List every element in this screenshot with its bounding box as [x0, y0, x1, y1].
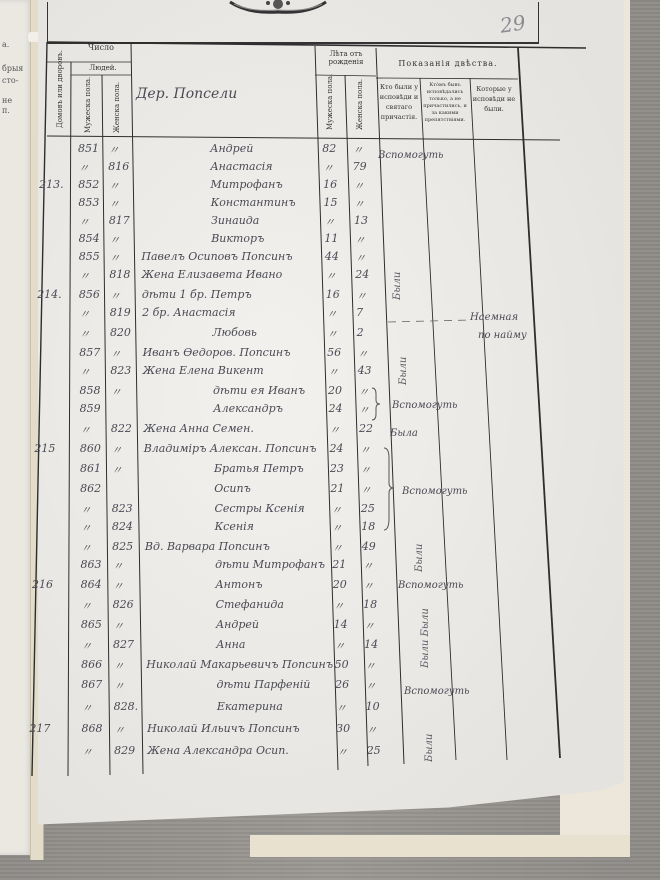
age-male: 30 [336, 722, 350, 735]
male-number: 〃 [82, 744, 93, 760]
age-female: 〃 [352, 142, 363, 158]
person-name: Ксенія [215, 520, 254, 533]
female-number: 〃 [110, 288, 121, 304]
male-number: 〃 [79, 268, 90, 284]
age-female: 〃 [357, 346, 368, 362]
header-confession-col1: Кто были у исповѣди и святаго причастія. [378, 82, 420, 122]
confession-note: Были Были [420, 608, 431, 668]
confession-note: Была [390, 428, 418, 439]
male-number: 〃 [80, 520, 91, 536]
person-name: дѣти ея Иванъ [213, 384, 305, 397]
age-female: 〃 [360, 482, 371, 498]
male-number: 865 [81, 618, 102, 631]
female-number: 〃 [112, 578, 123, 594]
age-male: 21 [330, 482, 344, 495]
age-male: 16 [323, 178, 337, 191]
person-name: Павелъ Осиповъ Попсинъ [141, 250, 292, 263]
person-name: дѣти Парфеній [217, 678, 311, 691]
female-number: 823 [112, 502, 133, 515]
female-number: 〃 [110, 346, 121, 362]
person-name: Любовь [212, 326, 257, 339]
person-name: Зинаида [211, 214, 259, 227]
left-page-fragment: а. [2, 40, 9, 50]
person-name: Николай Макарьевичъ Попсинъ [146, 658, 333, 671]
female-number: 〃 [108, 178, 119, 194]
page-number: 29 [498, 10, 527, 37]
female-number: 827 [113, 638, 134, 651]
header-people-female: Женска пола. [113, 82, 121, 133]
male-number: 863 [81, 558, 102, 571]
age-male: 24 [329, 442, 343, 455]
age-male: 〃 [331, 520, 342, 536]
house-number: 216 [32, 578, 53, 591]
female-number: 816 [108, 160, 129, 173]
female-number: 825 [112, 540, 133, 553]
age-male: 15 [324, 196, 338, 209]
male-number: 〃 [80, 502, 91, 518]
person-name: Антонъ [215, 578, 262, 591]
house-number: 217 [29, 722, 50, 735]
female-number: 〃 [109, 196, 120, 212]
female-number: 〃 [113, 678, 124, 694]
age-female: 79 [353, 160, 367, 173]
age-female: 2 [357, 326, 364, 339]
confession-note: Вспомогуть [378, 150, 444, 161]
male-number: 〃 [81, 598, 92, 614]
left-page-fragment: п. [2, 106, 10, 116]
male-number: 867 [81, 678, 102, 691]
age-female: 〃 [354, 196, 365, 212]
person-name: Жена Анна Семен. [143, 422, 253, 435]
age-female: 〃 [366, 722, 377, 738]
confession-note: Были [392, 272, 403, 300]
male-number: 855 [79, 250, 100, 263]
person-name: Жена Елена Викент [143, 364, 264, 377]
female-number: 817 [109, 214, 130, 227]
female-number: 822 [111, 422, 132, 435]
confession-note: Были [398, 357, 409, 385]
male-number: 853 [78, 196, 99, 209]
age-female: 18 [363, 598, 377, 611]
age-male: 〃 [334, 638, 345, 654]
female-number: 〃 [111, 462, 122, 478]
female-number: 826 [113, 598, 134, 611]
age-female: 25 [361, 502, 375, 515]
age-male: 26 [335, 678, 349, 691]
age-male: 〃 [336, 700, 347, 716]
age-male: 〃 [323, 160, 334, 176]
confession-note: Вспомогуть [398, 580, 464, 591]
age-male: 〃 [327, 326, 338, 342]
age-female: 24 [355, 268, 369, 281]
age-female: 〃 [354, 232, 365, 248]
age-male: 〃 [326, 306, 337, 322]
person-name: Константинъ [211, 196, 296, 209]
village-title: Дер. Попсели [136, 86, 237, 102]
male-number: 857 [79, 346, 100, 359]
age-male: 20 [333, 578, 347, 591]
male-number: 〃 [79, 364, 90, 380]
age-male: 21 [332, 558, 346, 571]
female-number: 828. [114, 700, 139, 713]
age-female: 25 [367, 744, 381, 757]
age-male: 〃 [325, 268, 336, 284]
age-male: 〃 [324, 214, 335, 230]
person-name: Братья Петръ [214, 462, 304, 475]
person-name: Александръ [213, 402, 283, 415]
person-name: Вд. Варвара Попсинъ [145, 540, 270, 553]
age-male: 50 [335, 658, 349, 671]
age-female: 〃 [359, 442, 370, 458]
female-number: 〃 [111, 384, 122, 400]
header-people-male: Мужеска пола. [84, 77, 92, 133]
age-female: 〃 [360, 462, 371, 478]
age-male: 82 [322, 142, 336, 155]
age-male: 〃 [328, 364, 339, 380]
female-number: 〃 [113, 658, 124, 674]
male-number: 860 [80, 442, 101, 455]
age-female: 49 [362, 540, 376, 553]
left-page-fragment: не [2, 96, 12, 106]
age-male: 24 [328, 402, 342, 415]
female-number: 〃 [113, 618, 124, 634]
person-name: Жена Елизавета Ивано [142, 268, 283, 281]
age-male: 14 [334, 618, 348, 631]
confession-note: Вспомогуть [402, 486, 468, 497]
person-name: Митрофанъ [211, 178, 283, 191]
male-number: 868 [82, 722, 103, 735]
female-number: 829 [114, 744, 135, 757]
female-number: 818 [109, 268, 130, 281]
person-name: Николай Ильичъ Попсинъ [147, 722, 299, 735]
person-name: 2 бр. Анастасія [142, 306, 236, 319]
age-female: 〃 [364, 618, 375, 634]
age-female: 〃 [365, 658, 376, 674]
male-number: 852 [78, 178, 99, 191]
person-name: дѣти 1 бр. Петръ [142, 288, 252, 301]
age-male: 〃 [331, 502, 342, 518]
underlying-sheet-bottom [250, 835, 630, 857]
confession-note: по найму [478, 330, 527, 341]
female-number: 〃 [111, 442, 122, 458]
age-female: 〃 [356, 288, 367, 304]
person-name: Жена Александра Осип. [147, 744, 288, 757]
age-male: 23 [330, 462, 344, 475]
female-number: 823 [110, 364, 131, 377]
header-people: Людей. [78, 64, 128, 72]
confession-note: Были [414, 544, 425, 572]
age-female: 〃 [358, 384, 369, 400]
confession-note: Вспомогуть [392, 400, 458, 411]
house-number: 214. [37, 288, 62, 301]
male-number: 〃 [81, 700, 92, 716]
female-number: 〃 [109, 232, 120, 248]
person-name: Владиміръ Алексан. Попсинъ [144, 442, 317, 455]
header-age-female: Женска пола. [356, 79, 364, 130]
age-female: 〃 [355, 250, 366, 266]
female-number: 824 [112, 520, 133, 533]
header-confession-col2: Кто́мъ бывъ исповѣдались только, а не пр… [422, 82, 468, 124]
male-number: 859 [80, 402, 101, 415]
person-name: Осипъ [214, 482, 251, 495]
person-name: Викторъ [211, 232, 264, 245]
age-male: 44 [325, 250, 339, 263]
male-number: 〃 [78, 214, 89, 230]
age-male: 〃 [332, 540, 343, 556]
age-male: 20 [328, 384, 342, 397]
header-age: Лѣта отъ рожденія [318, 50, 374, 66]
male-number: 864 [81, 578, 102, 591]
age-male: 11 [324, 232, 338, 245]
age-female: 〃 [362, 558, 373, 574]
male-number: 854 [79, 232, 100, 245]
female-number: 820 [110, 326, 131, 339]
age-female: 〃 [353, 178, 364, 194]
male-number: 〃 [79, 306, 90, 322]
header-confession-col3: Которые у исповѣди не были. [472, 84, 516, 114]
male-number: 851 [78, 142, 99, 155]
age-female: 18 [361, 520, 375, 533]
age-female: 22 [359, 422, 373, 435]
imperial-crest-icon [228, 0, 328, 14]
female-number: 819 [110, 306, 131, 319]
age-female: 〃 [363, 578, 374, 594]
male-number: 862 [80, 482, 101, 495]
person-name: Анна [216, 638, 245, 651]
male-number: 〃 [78, 160, 89, 176]
house-number: 213. [39, 178, 64, 191]
male-number: 858 [80, 384, 101, 397]
confession-note: Были [424, 734, 435, 762]
person-name: Сестры Ксенія [214, 502, 304, 515]
female-number: 〃 [108, 142, 119, 158]
confession-note: Вспомогуть [404, 686, 470, 697]
person-name: Екатерина [217, 700, 283, 713]
age-female: 10 [366, 700, 380, 713]
male-number: 〃 [80, 540, 91, 556]
age-female: 7 [356, 306, 363, 319]
person-name: дѣти Митрофанъ [215, 558, 325, 571]
header-age-male: Мужеска пола. [326, 74, 334, 130]
age-male: 56 [327, 346, 341, 359]
person-name: Иванъ Өедоров. Попсинъ [143, 346, 291, 359]
male-number: 〃 [81, 638, 92, 654]
female-number: 〃 [114, 722, 125, 738]
confession-note: Наемная [470, 312, 518, 323]
house-number: 215 [34, 442, 55, 455]
header-confession: Показанія двѣства. [380, 60, 516, 68]
left-page-fragment: сто- [2, 76, 18, 86]
female-number: 〃 [109, 250, 120, 266]
male-number: 〃 [79, 326, 90, 342]
person-name: Анастасія [210, 160, 272, 173]
male-number: 〃 [80, 422, 91, 438]
age-female: 14 [364, 638, 378, 651]
female-number: 〃 [112, 558, 123, 574]
age-female: 〃 [365, 678, 376, 694]
left-page-fragment: брыя [2, 64, 23, 74]
age-female: 13 [354, 214, 368, 227]
person-name: Андрей [210, 142, 253, 155]
age-male: 〃 [333, 598, 344, 614]
person-name: Андрей [216, 618, 259, 631]
header-households: Домовъ или дворовъ. [56, 50, 64, 128]
age-female: 〃 [358, 402, 369, 418]
male-number: 861 [80, 462, 101, 475]
age-male: 〃 [329, 422, 340, 438]
male-number: 856 [79, 288, 100, 301]
header-number: Число [72, 44, 130, 52]
age-female: 43 [358, 364, 372, 377]
male-number: 866 [81, 658, 102, 671]
age-male: 16 [326, 288, 340, 301]
age-male: 〃 [337, 744, 348, 760]
person-name: Стефанида [216, 598, 284, 611]
